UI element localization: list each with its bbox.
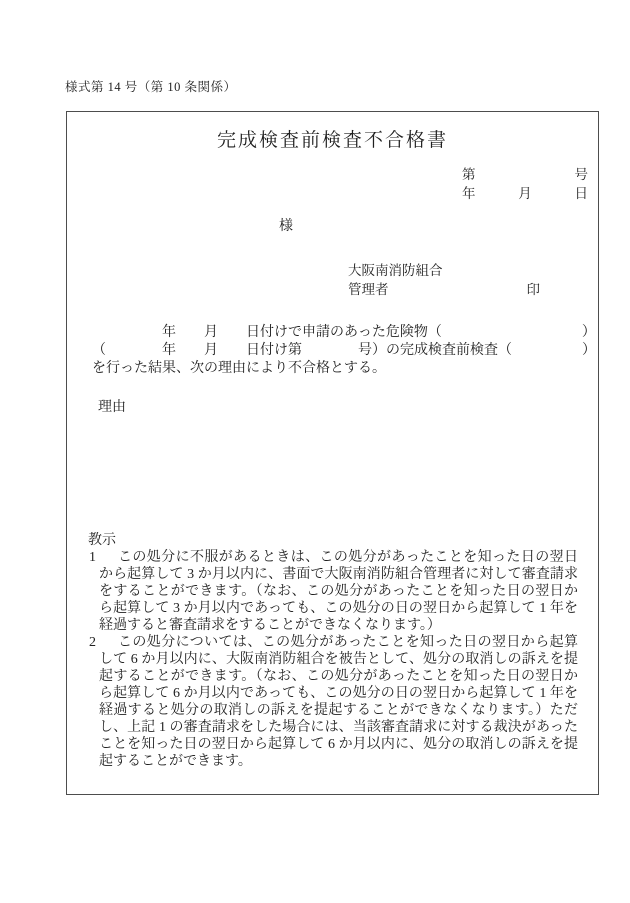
document-page: 様式第 14 号（第 10 条関係） 完成検査前検査不合格書 第 号 年 月 日… <box>0 0 630 903</box>
date-month-label: 月 <box>518 184 532 203</box>
appeal-instruction-item-1: 1 この処分に不服があるときは、この処分があったことを知った日の翌日から起算して… <box>88 549 578 634</box>
reason-label: 理由 <box>98 396 126 416</box>
issuer-organization: 大阪南消防組合 <box>348 261 540 280</box>
body-paragraph: 年 月 日付けで申請のあった危険物（ ） （ 年 月 日付け第 号）の完成検査前… <box>92 324 596 378</box>
item-number: 1 <box>89 549 96 566</box>
appeal-instructions-heading: 教示 <box>88 532 578 549</box>
form-border-box: 完成検査前検査不合格書 第 号 年 月 日 様 大阪南消防組合 管理者 印 年 … <box>66 111 599 795</box>
document-number-row: 第 号 <box>462 165 588 184</box>
reference-block: 第 号 年 月 日 <box>462 165 588 203</box>
addressee-honorific: 様 <box>279 215 293 235</box>
date-year-label: 年 <box>462 184 476 203</box>
item-text: この処分については、この処分があったことを知った日の翌日から起算して 6 か月以… <box>99 635 578 769</box>
date-day-label: 日 <box>575 184 589 203</box>
result-statement-line: を行った結果、次の理由により不合格とする。 <box>92 360 596 378</box>
doc-number-suffix: 号 <box>575 165 589 184</box>
appeal-instructions: 教示 1 この処分に不服があるときは、この処分があったことを知った日の翌日から起… <box>88 532 578 770</box>
document-title: 完成検査前検査不合格書 <box>67 125 598 152</box>
application-fill-line-1: 年 月 日付けで申請のあった危険物（ ） <box>92 324 596 342</box>
doc-number-prefix: 第 <box>462 165 476 184</box>
issuer-role-row: 管理者 印 <box>348 280 540 299</box>
seal-mark: 印 <box>527 280 541 299</box>
form-style-label: 様式第 14 号（第 10 条関係） <box>65 77 237 95</box>
item-number: 2 <box>89 634 96 651</box>
issuer-role: 管理者 <box>348 280 389 299</box>
application-fill-line-2: （ 年 月 日付け第 号）の完成検査前検査（ ） <box>92 342 596 360</box>
date-row: 年 月 日 <box>462 184 588 203</box>
appeal-instruction-item-2: 2 この処分については、この処分があったことを知った日の翌日から起算して 6 か… <box>88 634 578 770</box>
issuer-block: 大阪南消防組合 管理者 印 <box>348 261 540 299</box>
item-text: この処分に不服があるときは、この処分があったことを知った日の翌日から起算して 3… <box>99 550 578 633</box>
